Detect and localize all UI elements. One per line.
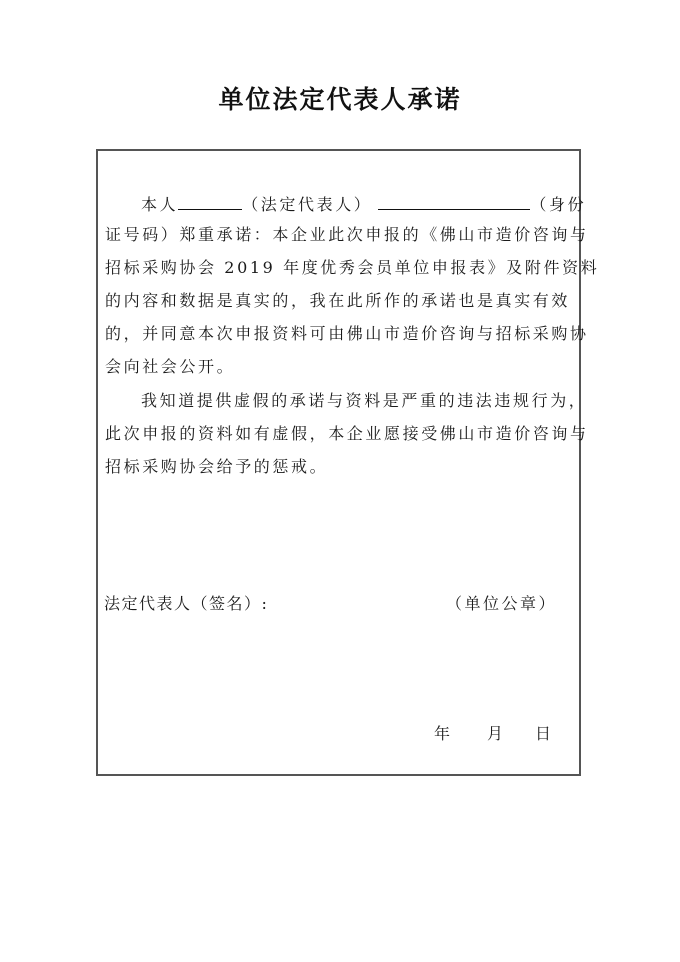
paragraph1-line: 的，并同意本次申报资料可由佛山市造价咨询与招标采购协 xyxy=(105,324,589,344)
commitment-first-line: 本人（法定代表人）（身份 xyxy=(141,193,586,215)
paragraph1-line: 招标采购协会 2019 年度优秀会员单位申报表》及附件资料 xyxy=(105,258,599,278)
paragraph2-line: 招标采购协会给予的惩戒。 xyxy=(105,457,328,477)
paragraph2-line: 此次申报的资料如有虚假，本企业愿接受佛山市造价咨询与 xyxy=(105,424,589,444)
legal-rep-label: （法定代表人） xyxy=(242,195,372,214)
self-label: 本人 xyxy=(141,195,178,214)
name-blank-field[interactable] xyxy=(178,193,242,210)
id-label-start: （身份 xyxy=(530,195,586,214)
legal-rep-signature-label: 法定代表人（签名）: xyxy=(104,591,268,614)
paragraph2-line: 我知道提供虚假的承诺与资料是严重的违法违规行为， xyxy=(141,391,587,411)
paragraph1-line: 的内容和数据是真实的，我在此所作的承诺也是真实有效 xyxy=(105,291,570,311)
id-number-blank-field[interactable] xyxy=(378,193,530,210)
company-seal-label: （单位公章） xyxy=(446,591,557,614)
paragraph1-line: 证号码）郑重承诺：本企业此次申报的《佛山市造价咨询与 xyxy=(105,225,589,245)
date-year-label: 年 xyxy=(434,721,450,744)
date-month-label: 月 xyxy=(487,721,503,744)
document-title: 单位法定代表人承诺 xyxy=(0,80,680,116)
paragraph1-line: 会向社会公开。 xyxy=(105,357,235,377)
date-day-label: 日 xyxy=(535,721,551,744)
